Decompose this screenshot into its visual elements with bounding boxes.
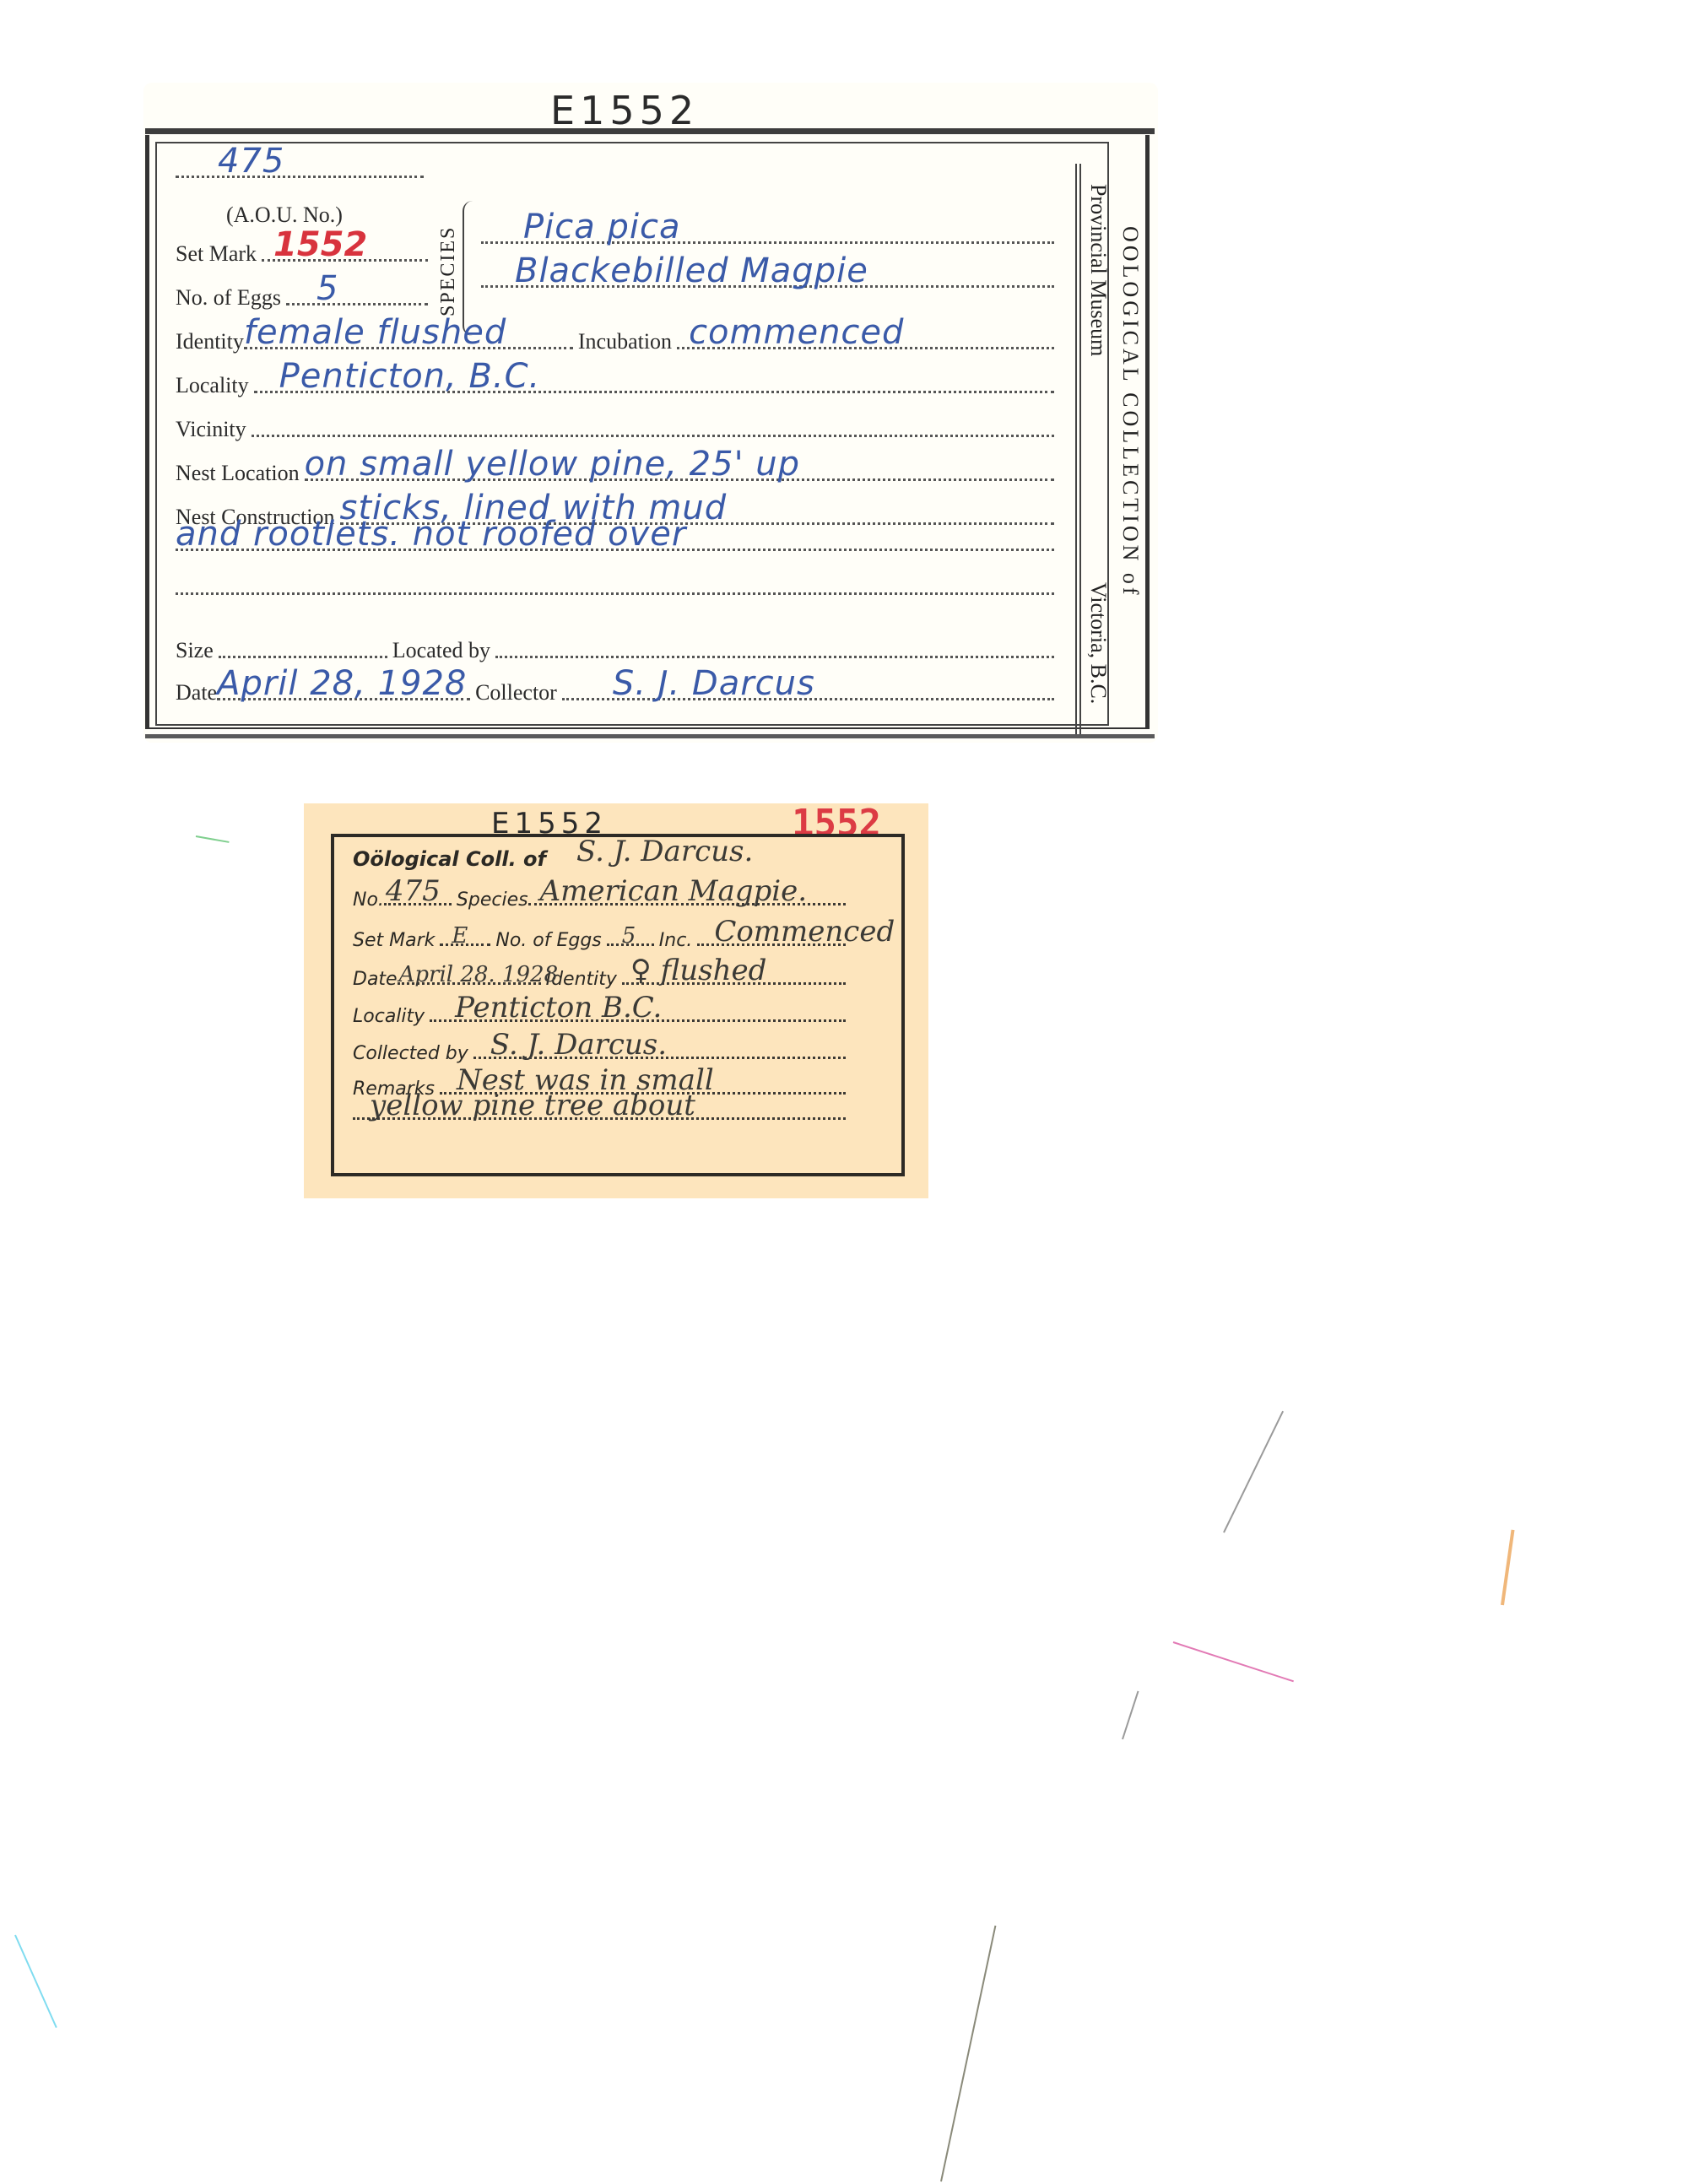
remarks-continuation-row: yellow pine tree about bbox=[353, 1117, 851, 1125]
no-species-row: No. 475 Species American Magpie. bbox=[353, 889, 851, 911]
tag-species-value: American Magpie. bbox=[540, 874, 807, 908]
museum-city: Victoria, B.C. bbox=[1085, 582, 1111, 704]
tag-inc-label: Inc. bbox=[659, 930, 693, 951]
nest-location-label: Nest Location bbox=[176, 461, 300, 486]
collection-title: OOLOGICAL COLLECTION of bbox=[1117, 226, 1143, 598]
collected-by-label: Collected by bbox=[353, 1043, 468, 1064]
nest-construction-continuation-value: and rootlets. not roofed over bbox=[176, 515, 686, 554]
tag-no-value: 475 bbox=[386, 874, 441, 908]
identity-value: female flushed bbox=[244, 313, 506, 352]
remarks-continuation-value: yellow pine tree about bbox=[370, 1089, 695, 1122]
species-scientific-value: Pica pica bbox=[523, 208, 680, 246]
species-scientific-field: Pica pica bbox=[481, 241, 1059, 249]
date-collector-row: Date April 28, 1928 Collector S. J. Darc… bbox=[176, 680, 1059, 705]
located-by-label: Located by bbox=[392, 638, 490, 663]
scan-mark bbox=[1501, 1530, 1514, 1606]
scan-mark bbox=[14, 1935, 57, 2028]
vicinity-label: Vicinity bbox=[176, 417, 246, 442]
tag-locality-row: Locality Penticton B.C. bbox=[353, 1006, 851, 1027]
collected-by-value: S. J. Darcus. bbox=[490, 1028, 667, 1062]
tag-inc-value: Commenced bbox=[714, 915, 895, 949]
aou-number-field: 475 bbox=[176, 176, 429, 183]
tag-set-mark-label: Set Mark bbox=[353, 930, 435, 951]
top-rule bbox=[145, 128, 1155, 134]
date-identity-row: Date April 28. 1928 Identity ♀ flushed bbox=[353, 969, 851, 990]
tag-date-label: Date bbox=[353, 969, 398, 990]
scan-mark bbox=[940, 1926, 996, 2182]
museum-name: Provincial Museum bbox=[1085, 184, 1111, 356]
aou-number-label: (A.O.U. No.) bbox=[226, 203, 343, 228]
scan-mark bbox=[1173, 1641, 1294, 1682]
scan-mark bbox=[1223, 1411, 1284, 1533]
collector-value: S. J. Darcus bbox=[613, 664, 815, 703]
size-label: Size bbox=[176, 638, 214, 663]
species-common-value: Blackebilled Magpie bbox=[515, 251, 868, 290]
vicinity-field: Vicinity bbox=[176, 417, 1059, 442]
museum-sidebar: OOLOGICAL COLLECTION of Provincial Museu… bbox=[1080, 167, 1148, 724]
no-of-eggs-label: No. of Eggs bbox=[176, 285, 281, 311]
tag-date-value: April 28. 1928 bbox=[399, 962, 559, 987]
collection-label: Oölogical Coll. of bbox=[353, 847, 546, 871]
no-of-eggs-value: 5 bbox=[316, 269, 338, 308]
date-label: Date bbox=[176, 680, 217, 705]
tag-no-of-eggs-value: 5 bbox=[622, 923, 636, 949]
tag-species-label: Species bbox=[457, 889, 528, 911]
collector-tag: E1552 1552 Oölogical Coll. of S. J. Darc… bbox=[304, 803, 928, 1198]
tag-locality-label: Locality bbox=[353, 1006, 425, 1027]
scan-mark bbox=[196, 835, 230, 843]
bottom-rule bbox=[145, 734, 1155, 738]
tag-locality-value: Penticton B.C. bbox=[455, 991, 662, 1024]
locality-field: Locality Penticton, B.C. bbox=[176, 373, 1059, 398]
species-common-field: Blackebilled Magpie bbox=[481, 285, 1059, 293]
locality-value: Penticton, B.C. bbox=[279, 357, 541, 396]
nest-location-value: on small yellow pine, 25' up bbox=[305, 445, 800, 484]
blank-line bbox=[176, 592, 1059, 600]
set-mark-label: Set Mark bbox=[176, 241, 257, 267]
date-value: April 28, 1928 bbox=[217, 664, 467, 703]
aou-number-label-row: (A.O.U. No.) bbox=[226, 203, 343, 228]
set-mark-field: Set Mark 1552 bbox=[176, 241, 433, 267]
identity-incubation-row: Identity female flushed Incubation comme… bbox=[176, 329, 1059, 354]
set-mark-value: 1552 bbox=[273, 225, 367, 264]
tag-no-label: No. bbox=[353, 889, 384, 911]
tag-no-of-eggs-label: No. of Eggs bbox=[495, 930, 601, 951]
museum-data-card: E1552 475 (A.O.U. No.) Set Mark 1552 No.… bbox=[143, 83, 1158, 743]
tag-set-mark-value: E bbox=[452, 923, 468, 949]
no-of-eggs-field: No. of Eggs 5 bbox=[176, 285, 433, 311]
aou-number-value: 475 bbox=[218, 142, 284, 181]
size-located-row: Size Located by bbox=[176, 638, 1059, 663]
incubation-label: Incubation bbox=[578, 329, 672, 354]
locality-label: Locality bbox=[176, 373, 249, 398]
collected-by-row: Collected by S. J. Darcus. bbox=[353, 1043, 851, 1064]
nest-construction-continuation: and rootlets. not roofed over bbox=[176, 549, 1059, 556]
collection-value: S. J. Darcus. bbox=[576, 835, 753, 868]
accession-number: E1552 bbox=[550, 88, 699, 133]
collector-label: Collector bbox=[475, 680, 557, 705]
collection-field: Oölogical Coll. of S. J. Darcus. bbox=[353, 847, 868, 871]
nest-location-field: Nest Location on small yellow pine, 25' … bbox=[176, 461, 1059, 486]
tag-identity-value: ♀ flushed bbox=[630, 954, 766, 987]
set-eggs-inc-row: Set Mark E No. of Eggs 5 Inc. Commenced bbox=[353, 930, 851, 951]
identity-label: Identity bbox=[176, 329, 244, 354]
scan-mark bbox=[1122, 1691, 1139, 1740]
incubation-value: commenced bbox=[689, 313, 904, 352]
